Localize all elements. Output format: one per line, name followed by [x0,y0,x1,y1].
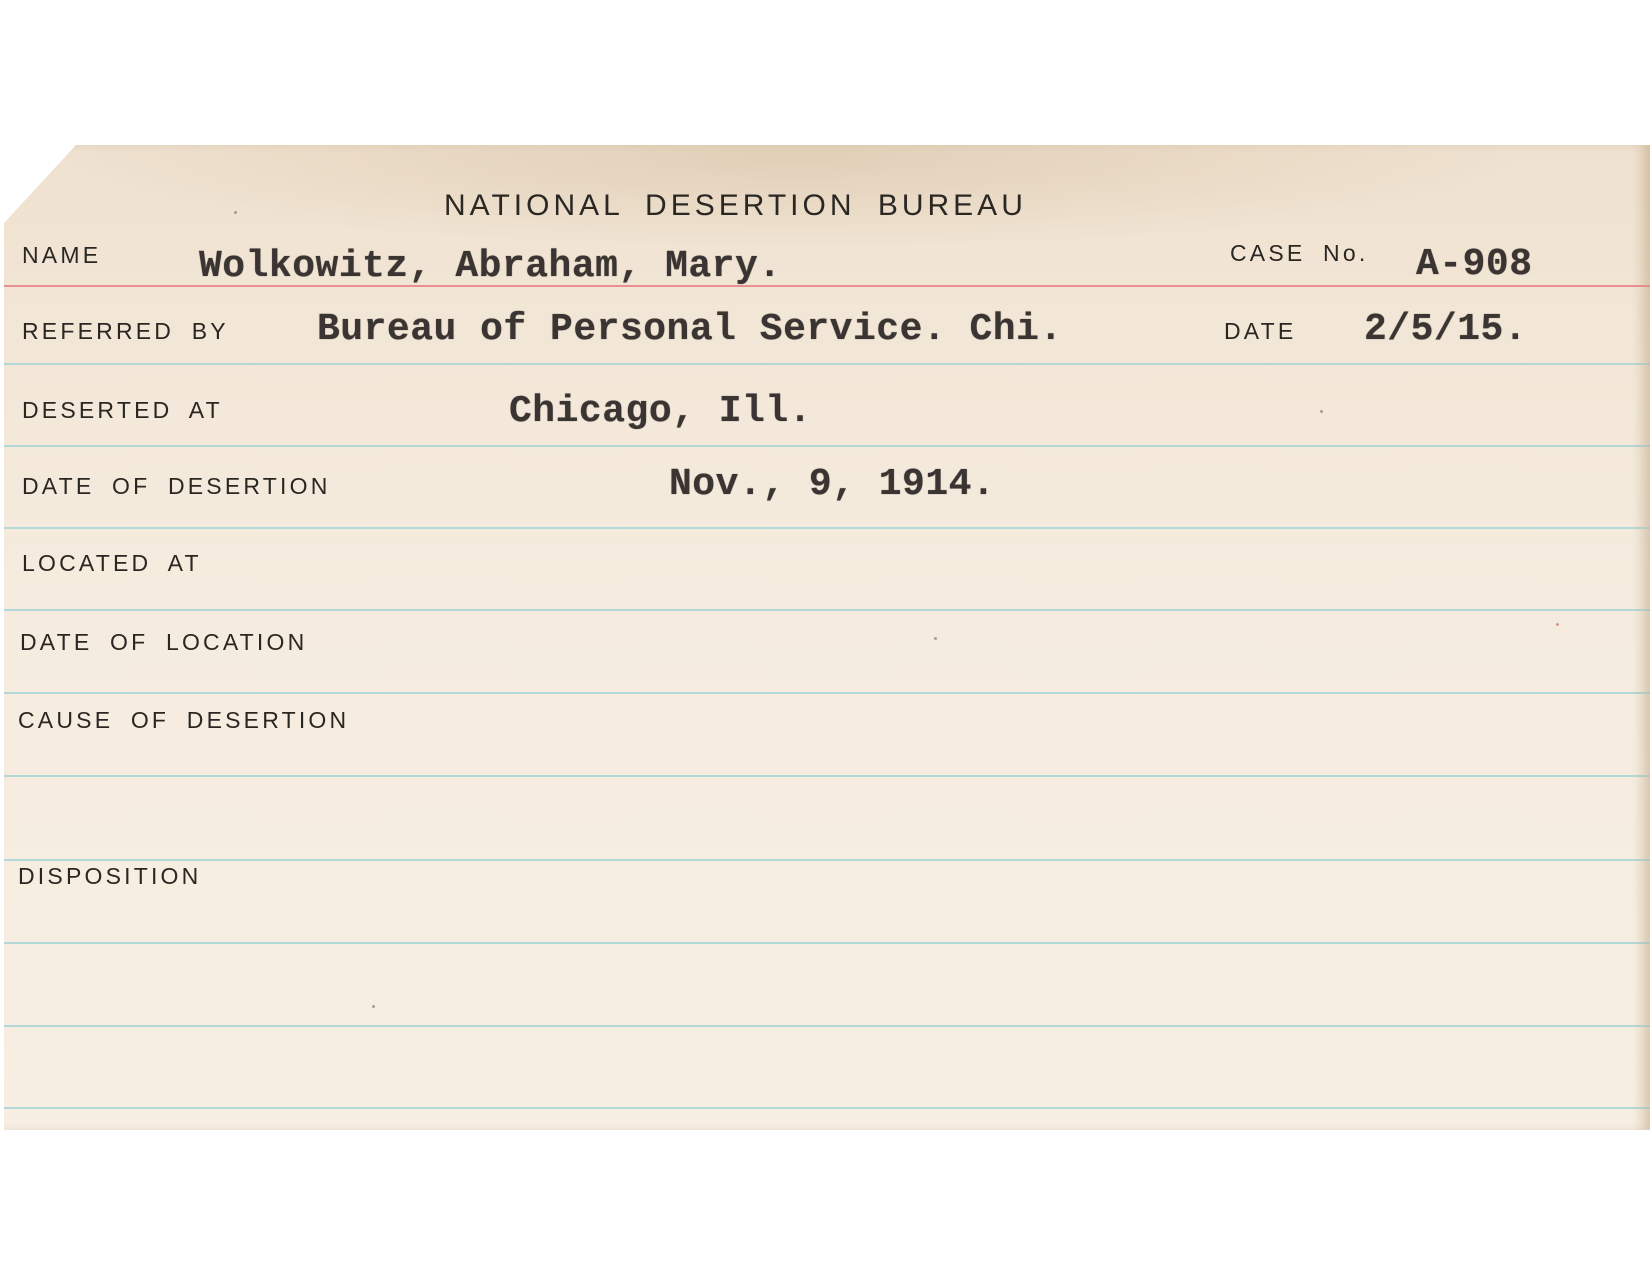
paper-speck [234,211,237,214]
paper-speck [534,141,537,144]
cause-of-desertion-label: CAUSE OF DESERTION [18,707,349,734]
date-of-desertion-label: DATE OF DESERTION [22,473,331,500]
date-of-desertion-value: Nov., 9, 1914. [669,463,995,506]
name-label: NAME [22,242,101,269]
blue-rule-line [4,692,1650,694]
paper-speck [372,1005,375,1008]
located-at-label: LOCATED AT [22,550,202,577]
paper-speck [1556,623,1559,626]
referred-by-label: REFERRED BY [22,318,229,345]
case-no-label: CASE No. [1230,240,1368,267]
date-of-location-label: DATE OF LOCATION [20,629,307,656]
blue-rule-line [4,609,1650,611]
blue-rule-line [4,527,1650,529]
date-label: DATE [1224,318,1296,345]
index-card: NATIONAL DESERTION BUREAU NAME Wolkowitz… [4,145,1650,1130]
blue-rule-line [4,775,1650,777]
deserted-at-label: DESERTED AT [22,397,223,424]
blue-rule-line [4,859,1650,861]
paper-speck [1320,410,1323,413]
blue-rule-line [4,363,1650,365]
paper-speck [934,637,937,640]
case-no-value: A-908 [1416,243,1533,286]
card-title: NATIONAL DESERTION BUREAU [444,189,1027,223]
disposition-label: DISPOSITION [18,863,201,890]
blue-rule-line [4,445,1650,447]
deserted-at-value: Chicago, Ill. [509,390,812,433]
blue-rule-line [4,942,1650,944]
referred-by-value: Bureau of Personal Service. Chi. [317,308,1063,351]
blue-rule-line [4,1025,1650,1027]
date-value: 2/5/15. [1364,308,1527,351]
name-value: Wolkowitz, Abraham, Mary. [199,245,782,288]
blue-rule-line [4,1107,1650,1109]
